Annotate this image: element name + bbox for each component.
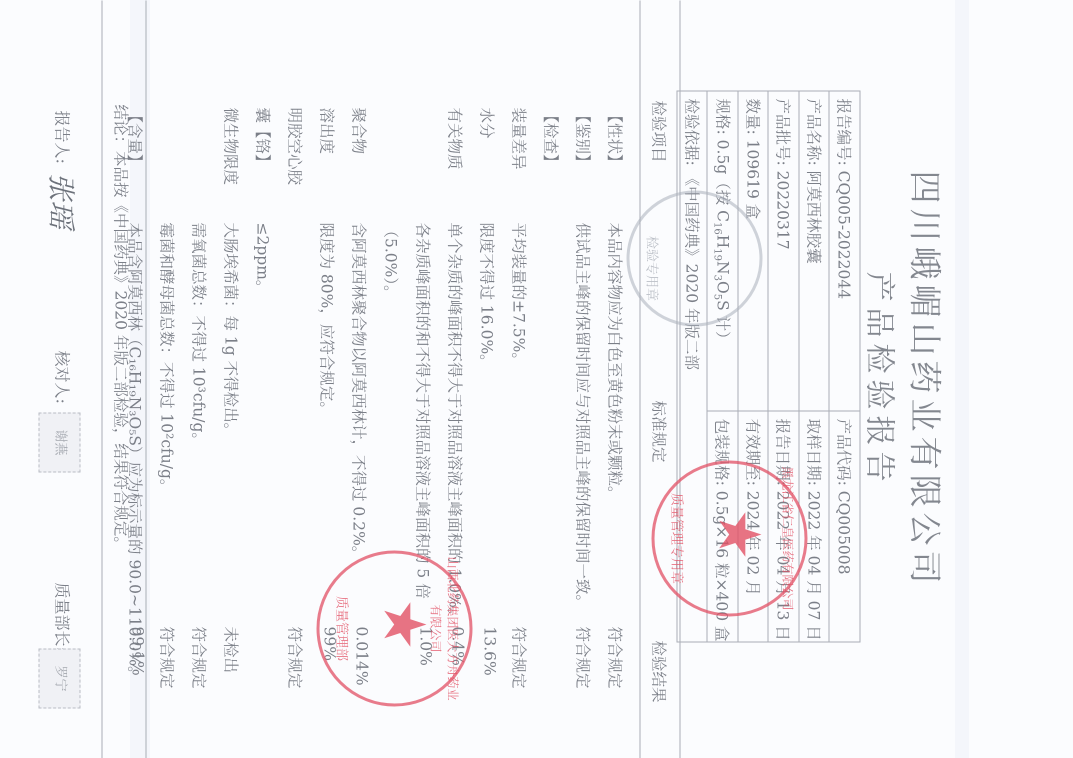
row-result: 符合规定 bbox=[285, 627, 307, 689]
row-standard: ≤2ppm。 bbox=[253, 223, 275, 296]
inspection-report-page: 四川峨嵋山药业有限公司 产品检验报告 报告编号: CQ005-2022044 产… bbox=[0, 1, 1073, 758]
row-item: 聚合物 bbox=[349, 108, 371, 155]
row-result: 未检出 bbox=[221, 627, 243, 674]
header-result: 检验结果 bbox=[649, 641, 671, 703]
report-number: 报告编号: CQ005-2022044 bbox=[830, 91, 861, 411]
header-item: 检验项目 bbox=[649, 101, 671, 163]
row-item: 装量差异 bbox=[509, 108, 531, 170]
row-standard: 限度为 80%，应符合规定。 bbox=[317, 223, 339, 417]
row-standard: 含阿莫西林聚合物以阿莫西林计，不得过 0.2%。 bbox=[349, 223, 371, 562]
company-seal-red: 山西北药集团医大方舟药业有限公司 ★ 质量管理部 bbox=[317, 551, 473, 707]
table-row: 【性状】本品内容物应为白色至黄色粉末或颗粒。符合规定 bbox=[595, 1, 627, 758]
checker-label: 核对人: bbox=[52, 351, 75, 404]
table-row: 囊【铬】≤2ppm。 bbox=[243, 1, 275, 758]
table-row: 需氧菌总数：不得过 10³cfu/g。符合规定 bbox=[179, 1, 211, 758]
product-code: 产品代码: CQ005008 bbox=[830, 411, 861, 642]
row-standard: 霉菌和酵母菌总数：不得过 10²cfu/g。 bbox=[157, 223, 179, 495]
row-standard: 供试品主峰的保留时间应与对照品主峰的保留时间一致。 bbox=[573, 223, 595, 611]
row-result: 13.6% bbox=[481, 627, 499, 676]
row-result: 符合规定 bbox=[189, 627, 211, 689]
qa-head-label: 质量部长: bbox=[52, 583, 75, 652]
row-standard: 平均装量的±7.5%。 bbox=[509, 223, 531, 368]
batch-number: 产品批号: 20220317 bbox=[769, 91, 800, 411]
inspection-seal-faded: 检验专用章 bbox=[627, 191, 763, 327]
row-result: 符合规定 bbox=[157, 627, 179, 689]
row-result: 99.1% bbox=[129, 627, 147, 676]
row-result: 符合规定 bbox=[509, 627, 531, 689]
reporter-signature: 张瑶 bbox=[43, 173, 83, 229]
qa-head-stamp: 罗宁 bbox=[39, 649, 81, 709]
checker-stamp: 谢燕 bbox=[39, 413, 81, 473]
row-item: 溶出度 bbox=[317, 108, 339, 155]
row-standard: 需氧菌总数：不得过 10³cfu/g。 bbox=[189, 223, 211, 448]
header-standard: 标准规定 bbox=[649, 401, 671, 463]
row-standard: （5.0%）。 bbox=[381, 223, 403, 301]
table-row: 【鉴别】供试品主峰的保留时间应与对照品主峰的保留时间一致。符合规定 bbox=[563, 1, 595, 758]
row-item: 【检查】 bbox=[541, 108, 563, 170]
row-standard: 限度不得过 16.0%。 bbox=[477, 223, 499, 370]
star-icon: ★ bbox=[711, 509, 769, 561]
table-row: 微生物限度大肠埃希菌：每 1g 不得检出。未检出 bbox=[211, 1, 243, 758]
row-item: 有关物质 bbox=[445, 108, 467, 170]
star-icon: ★ bbox=[376, 599, 434, 651]
row-standard: 大肠埃希菌：每 1g 不得检出。 bbox=[221, 223, 243, 439]
product-name: 产品名称: 阿莫西林胶囊 bbox=[799, 91, 830, 411]
row-item: 明胶空心胶 bbox=[285, 108, 307, 186]
row-result: 符合规定 bbox=[605, 627, 627, 689]
divider bbox=[102, 1, 103, 758]
row-item: 水分 bbox=[477, 108, 499, 139]
row-item: 【鉴别】 bbox=[573, 108, 595, 170]
row-item: 【性状】 bbox=[605, 108, 627, 170]
divider bbox=[146, 1, 147, 758]
row-standard: 本品内容物应为白色至黄色粉末或颗粒。 bbox=[605, 223, 627, 502]
row-item: 囊【铬】 bbox=[253, 108, 275, 170]
row-result: 符合规定 bbox=[573, 627, 595, 689]
table-row: 【检查】 bbox=[531, 1, 563, 758]
table-row: 明胶空心胶符合规定 bbox=[275, 1, 307, 758]
reporter-label: 报告人: bbox=[52, 111, 75, 164]
table-row: 霉菌和酵母菌总数：不得过 10²cfu/g。符合规定 bbox=[147, 1, 179, 758]
conclusion: 结论：本品按《中国药典》2020 年版二部检验，结果符合规定。 bbox=[111, 105, 133, 552]
row-standard: 各杂质峰面积的和不得大于对照品溶液主峰面积的 5 倍 bbox=[413, 223, 435, 599]
company-seal-red: 黑龙江省仁皇医药有限公司 ★ 质量管理专用章 bbox=[652, 461, 808, 617]
results-table-header: 检验项目 标准规定 检验结果 bbox=[640, 1, 681, 758]
company-name: 四川峨嵋山药业有限公司 bbox=[904, 1, 951, 758]
table-row: 装量差异平均装量的±7.5%。符合规定 bbox=[499, 1, 531, 758]
table-row: 水分限度不得过 16.0%。13.6% bbox=[467, 1, 499, 758]
row-item: 微生物限度 bbox=[221, 108, 243, 186]
report-title: 产品检验报告 bbox=[861, 1, 905, 758]
